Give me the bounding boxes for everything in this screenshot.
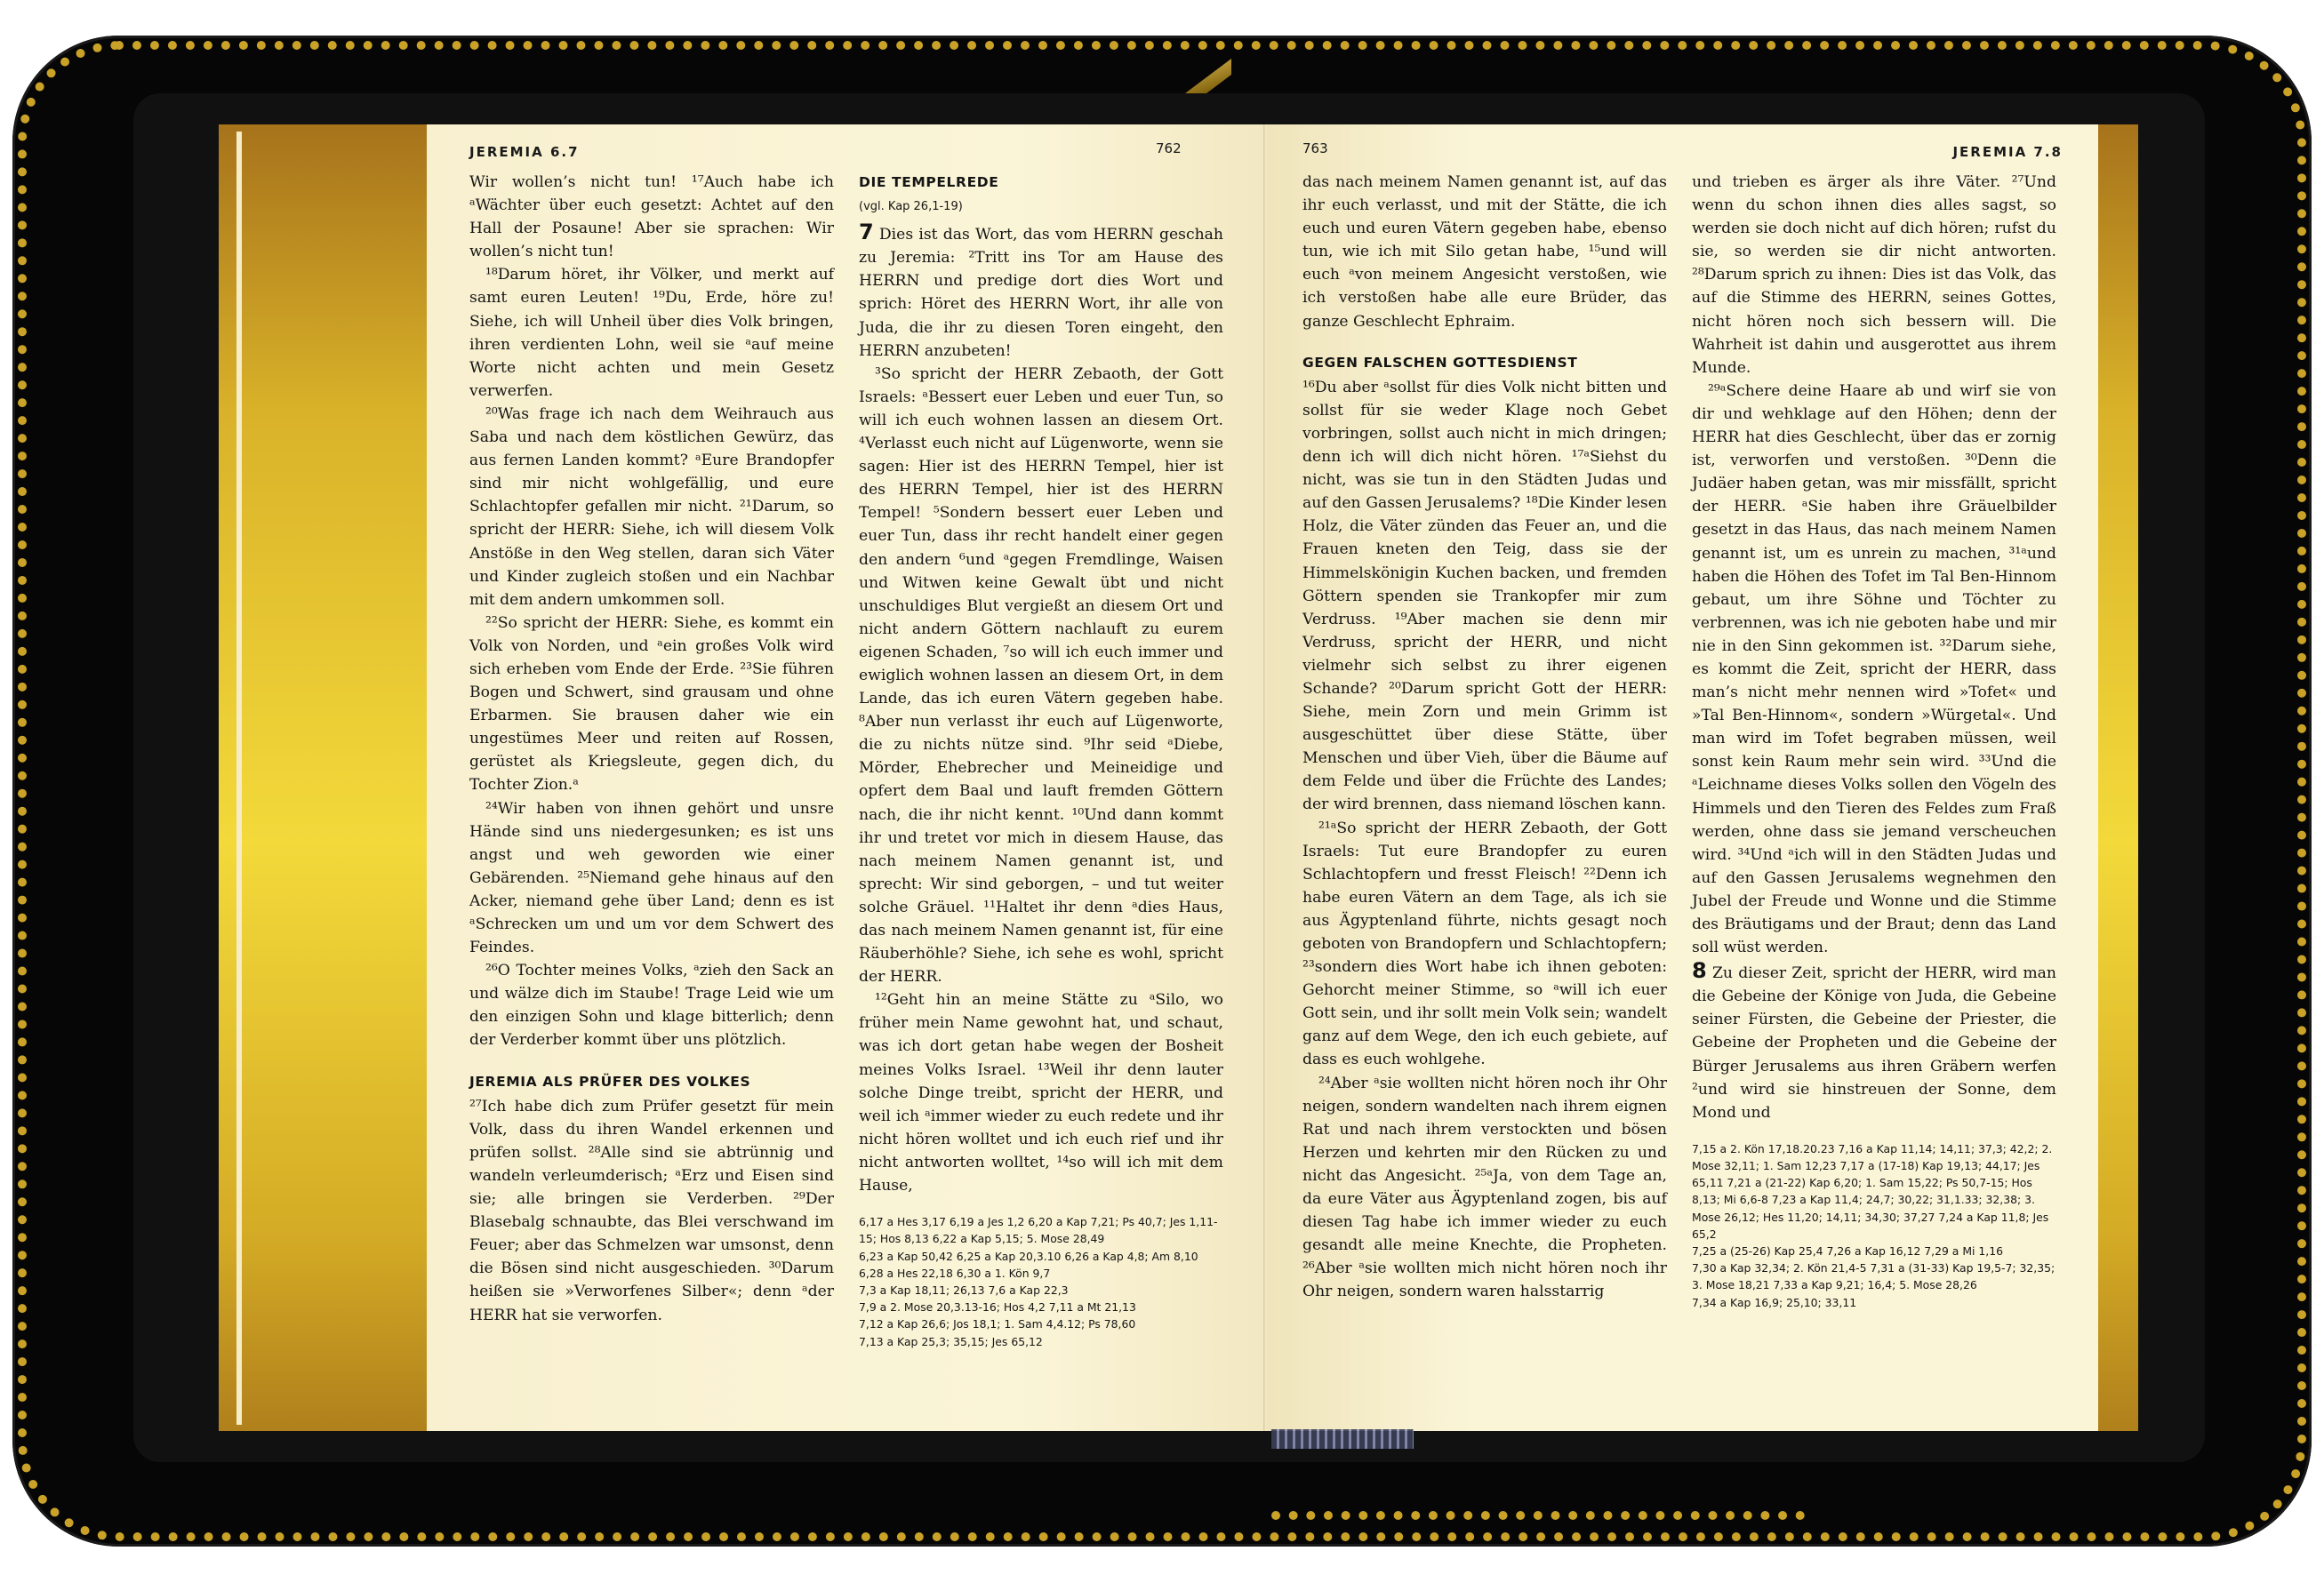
text-column-4: und trieben es ärger als ihre Väter. ²⁷U… [1692,171,2056,1311]
verse-paragraph: ²⁴Aber ᵃsie wollten nicht hören noch ihr… [1302,1072,1667,1304]
chapter-number: 8 [1692,958,1707,983]
footnote-line: 7,34 a Kap 16,9; 25,10; 33,11 [1692,1294,2056,1311]
chapter-text: Zu dieser Zeit, spricht der HERR, wird m… [1692,964,2056,1122]
footnotes: 7,15 a 2. Kön 17,18.20.23 7,16 a Kap 11,… [1692,1140,2056,1311]
right-page: 763 JEREMIA 7.8 das nach meinem Namen ge… [1267,124,2098,1431]
chapter-text: Dies ist das Wort, das vom HERRN geschah… [859,226,1223,359]
text-column-3: das nach meinem Namen genannt ist, auf d… [1302,171,1667,1311]
gilt-page-edge-right [2094,124,2138,1431]
verse-paragraph: ¹⁸Darum höret, ihr Völker, und merkt auf… [469,263,834,403]
verse-paragraph: Wir wollen’s nicht tun! ¹⁷Auch habe ich … [469,171,834,263]
page-number-right: 763 [1302,140,1328,156]
running-head-left: JEREMIA 6.7 [469,144,580,160]
cross-reference-note: (vgl. Kap 26,1-19) [859,196,1223,219]
running-head-right: JEREMIA 7.8 [1952,144,2063,160]
footnote-line: 7,25 a (25-26) Kap 25,4 7,26 a Kap 16,12… [1692,1243,2056,1259]
verse-paragraph: ³So spricht der HERR Zebaoth, der Gott I… [859,363,1223,989]
section-heading: DIE TEMPELREDE [859,171,1223,194]
verse-paragraph: ¹⁶Du aber ᵃsollst für dies Volk nicht bi… [1302,376,1667,817]
verse-paragraph: ¹²Geht hin an meine Stätte zu ᵃSilo, wo … [859,988,1223,1197]
verse-paragraph: ²⁹ᵃSchere deine Haare ab und wirf sie vo… [1692,380,2056,959]
chapter-number: 7 [859,220,874,244]
zipper-bottom-teeth [1271,1493,1805,1520]
verse-paragraph: ²⁶O Tochter meines Volks, ᵃzieh den Sack… [469,959,834,1051]
text-column-1: Wir wollen’s nicht tun! ¹⁷Auch habe ich … [469,171,834,1350]
footnotes: 6,17 a Hes 3,17 6,19 a Jes 1,2 6,20 a Ka… [859,1213,1223,1350]
footnote-line: 7,30 a Kap 32,34; 2. Kön 21,4-5 7,31 a (… [1692,1259,2056,1293]
verse-paragraph: ²²So spricht der HERR: Siehe, es kommt e… [469,612,834,797]
bookmark-ribbon[interactable] [1271,1429,1414,1449]
page-number-left: 762 [1156,140,1182,156]
section-heading: GEGEN FALSCHEN GOTTESDIENST [1302,351,1667,374]
footnote-line: 7,9 a 2. Mose 20,3.13-16; Hos 4,2 7,11 a… [859,1299,1223,1315]
verse-paragraph: ²⁰Was frage ich nach dem Weihrauch aus S… [469,403,834,612]
footnote-line: 6,23 a Kap 50,42 6,25 a Kap 20,3.10 6,26… [859,1248,1223,1282]
footnote-line: 6,17 a Hes 3,17 6,19 a Jes 1,2 6,20 a Ka… [859,1213,1223,1247]
chapter-start: 8 Zu dieser Zeit, spricht der HERR, wird… [1692,959,2056,1124]
chapter-start: 7 Dies ist das Wort, das vom HERRN gesch… [859,220,1223,363]
text-column-2: DIE TEMPELREDE (vgl. Kap 26,1-19) 7 Dies… [859,171,1223,1350]
gilt-page-edge-left [219,124,441,1431]
verse-paragraph: und trieben es ärger als ihre Väter. ²⁷U… [1692,171,2056,380]
footnote-line: 7,3 a Kap 18,11; 26,13 7,6 a Kap 22,3 [859,1282,1223,1299]
left-page: JEREMIA 6.7 762 Wir wollen’s nicht tun! … [427,124,1267,1431]
footnote-line: 7,15 a 2. Kön 17,18.20.23 7,16 a Kap 11,… [1692,1140,2056,1243]
verse-paragraph: ²⁷Ich habe dich zum Prüfer gesetzt für m… [469,1095,834,1327]
verse-paragraph: das nach meinem Namen genannt ist, auf d… [1302,171,1667,333]
footnote-line: 7,13 a Kap 25,3; 35,15; Jes 65,12 [859,1333,1223,1350]
verse-paragraph: ²¹ᵃSo spricht der HERR Zebaoth, der Gott… [1302,817,1667,1072]
footnote-line: 7,12 a Kap 26,6; Jos 18,1; 1. Sam 4,4.12… [859,1315,1223,1332]
verse-paragraph: ²⁴Wir haben von ihnen gehört und unsre H… [469,797,834,960]
section-heading: JEREMIA ALS PRÜFER DES VOLKES [469,1070,834,1093]
